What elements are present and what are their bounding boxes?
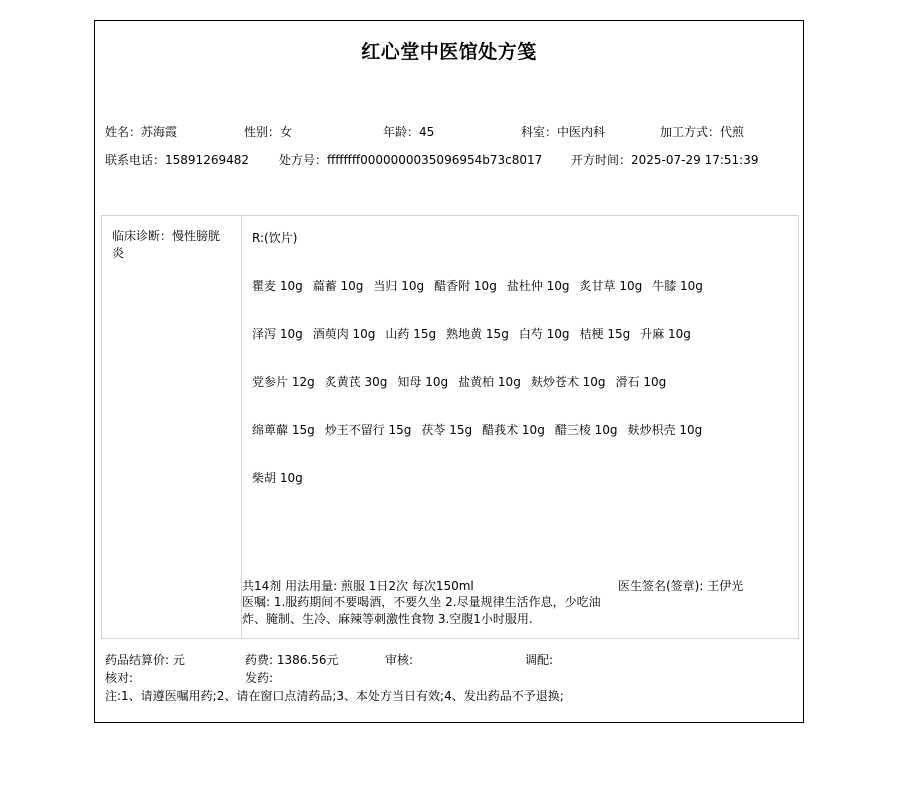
herb-item: 山药 15g <box>385 327 436 341</box>
herb-item: 瞿麦 10g <box>252 279 303 293</box>
herb-item: 盐黄柏 10g <box>458 375 521 389</box>
herb-item: 炙甘草 10g <box>580 279 643 293</box>
page-title: 红心堂中医馆处方笺 <box>95 37 803 64</box>
issue-time: 开方时间：2025-07-29 17:51:39 <box>571 151 758 168</box>
usage-dosage: 共14剂 用法用量: 煎服 1日2次 每次150ml <box>242 577 474 594</box>
herb-line: 瞿麦 10g萹蓄 10g当归 10g醋香附 10g盐杜仲 10g炙甘草 10g牛… <box>252 277 713 294</box>
herb-item: 醋三棱 10g <box>555 423 618 437</box>
herb-item: 盐杜仲 10g <box>507 279 570 293</box>
herb-line: 柴胡 10g <box>252 469 313 486</box>
check-field: 核对: <box>105 669 133 686</box>
herb-item: 酒萸肉 10g <box>313 327 376 341</box>
doctor-signature: 医生签名(签章): 王伊光 <box>618 577 743 594</box>
review-field: 审核: <box>385 651 413 668</box>
herb-item: 炒王不留行 15g <box>325 423 412 437</box>
department: 科室：中医内科 <box>521 123 605 140</box>
herb-item: 茯苓 15g <box>421 423 472 437</box>
herb-item: 醋香附 10g <box>434 279 497 293</box>
herb-item: 麸炒苍术 10g <box>531 375 606 389</box>
prescription-number: 处方号：ffffffff0000000035096954b73c8017 <box>279 151 542 168</box>
patient-name: 姓名：苏海霞 <box>105 123 177 140</box>
patient-age: 年龄：45 <box>383 123 434 140</box>
prescription-cell: R:(饮片) 瞿麦 10g萹蓄 10g当归 10g醋香附 10g盐杜仲 10g炙… <box>242 216 798 638</box>
rx-label: R:(饮片) <box>252 229 297 246</box>
herb-item: 醋莪术 10g <box>482 423 545 437</box>
patient-gender: 性别：女 <box>244 123 292 140</box>
diagnosis-cell: 临床诊断：慢性膀胱炎 <box>102 216 242 638</box>
herb-item: 萹蓄 10g <box>313 279 364 293</box>
prescription-sheet: 红心堂中医馆处方笺 姓名：苏海霞 性别：女 年龄：45 科室：中医内科 加工方式… <box>94 20 804 723</box>
herb-item: 白芍 10g <box>519 327 570 341</box>
herb-item: 熟地黄 15g <box>446 327 509 341</box>
herb-item: 泽泻 10g <box>252 327 303 341</box>
issue-drug-field: 发药: <box>245 669 273 686</box>
doctor-advice: 医嘱: 1.服药期间不要喝酒，不要久坐 2.尽量规律生活作息，少吃油炸、腌制、生… <box>242 594 622 628</box>
herb-line: 泽泻 10g酒萸肉 10g山药 15g熟地黄 15g白芍 10g桔梗 15g升麻… <box>252 325 701 342</box>
herb-item: 桔梗 15g <box>580 327 631 341</box>
notes: 注:1、请遵医嘱用药;2、请在窗口点清药品;3、本处方当日有效;4、发出药品不予… <box>105 687 564 704</box>
settlement-price: 药品结算价: 元 <box>105 651 185 668</box>
herb-item: 当归 10g <box>373 279 424 293</box>
herb-item: 滑石 10g <box>616 375 667 389</box>
herb-item: 炙黄芪 30g <box>325 375 388 389</box>
herb-item: 绵萆薢 15g <box>252 423 315 437</box>
herb-item: 党参片 12g <box>252 375 315 389</box>
herb-item: 牛膝 10g <box>652 279 703 293</box>
herb-item: 柴胡 10g <box>252 471 303 485</box>
herb-line: 绵萆薢 15g炒王不留行 15g茯苓 15g醋莪术 10g醋三棱 10g麸炒枳壳… <box>252 421 712 438</box>
herb-item: 知母 10g <box>397 375 448 389</box>
drug-fee: 药费: 1386.56元 <box>245 651 338 668</box>
patient-phone: 联系电话：15891269482 <box>105 151 249 168</box>
prescription-table: 临床诊断：慢性膀胱炎 R:(饮片) 瞿麦 10g萹蓄 10g当归 10g醋香附 … <box>101 215 799 639</box>
herb-line: 党参片 12g炙黄芪 30g知母 10g盐黄柏 10g麸炒苍术 10g滑石 10… <box>252 373 676 390</box>
signature-label: 医生签名(签章): <box>618 579 707 593</box>
processing-method: 加工方式：代煎 <box>660 123 744 140</box>
dispense-field: 调配: <box>525 651 553 668</box>
doctor-name: 王伊光 <box>707 579 743 593</box>
diagnosis-label: 临床诊断： <box>112 229 172 243</box>
herb-item: 麸炒枳壳 10g <box>628 423 703 437</box>
herb-item: 升麻 10g <box>640 327 691 341</box>
